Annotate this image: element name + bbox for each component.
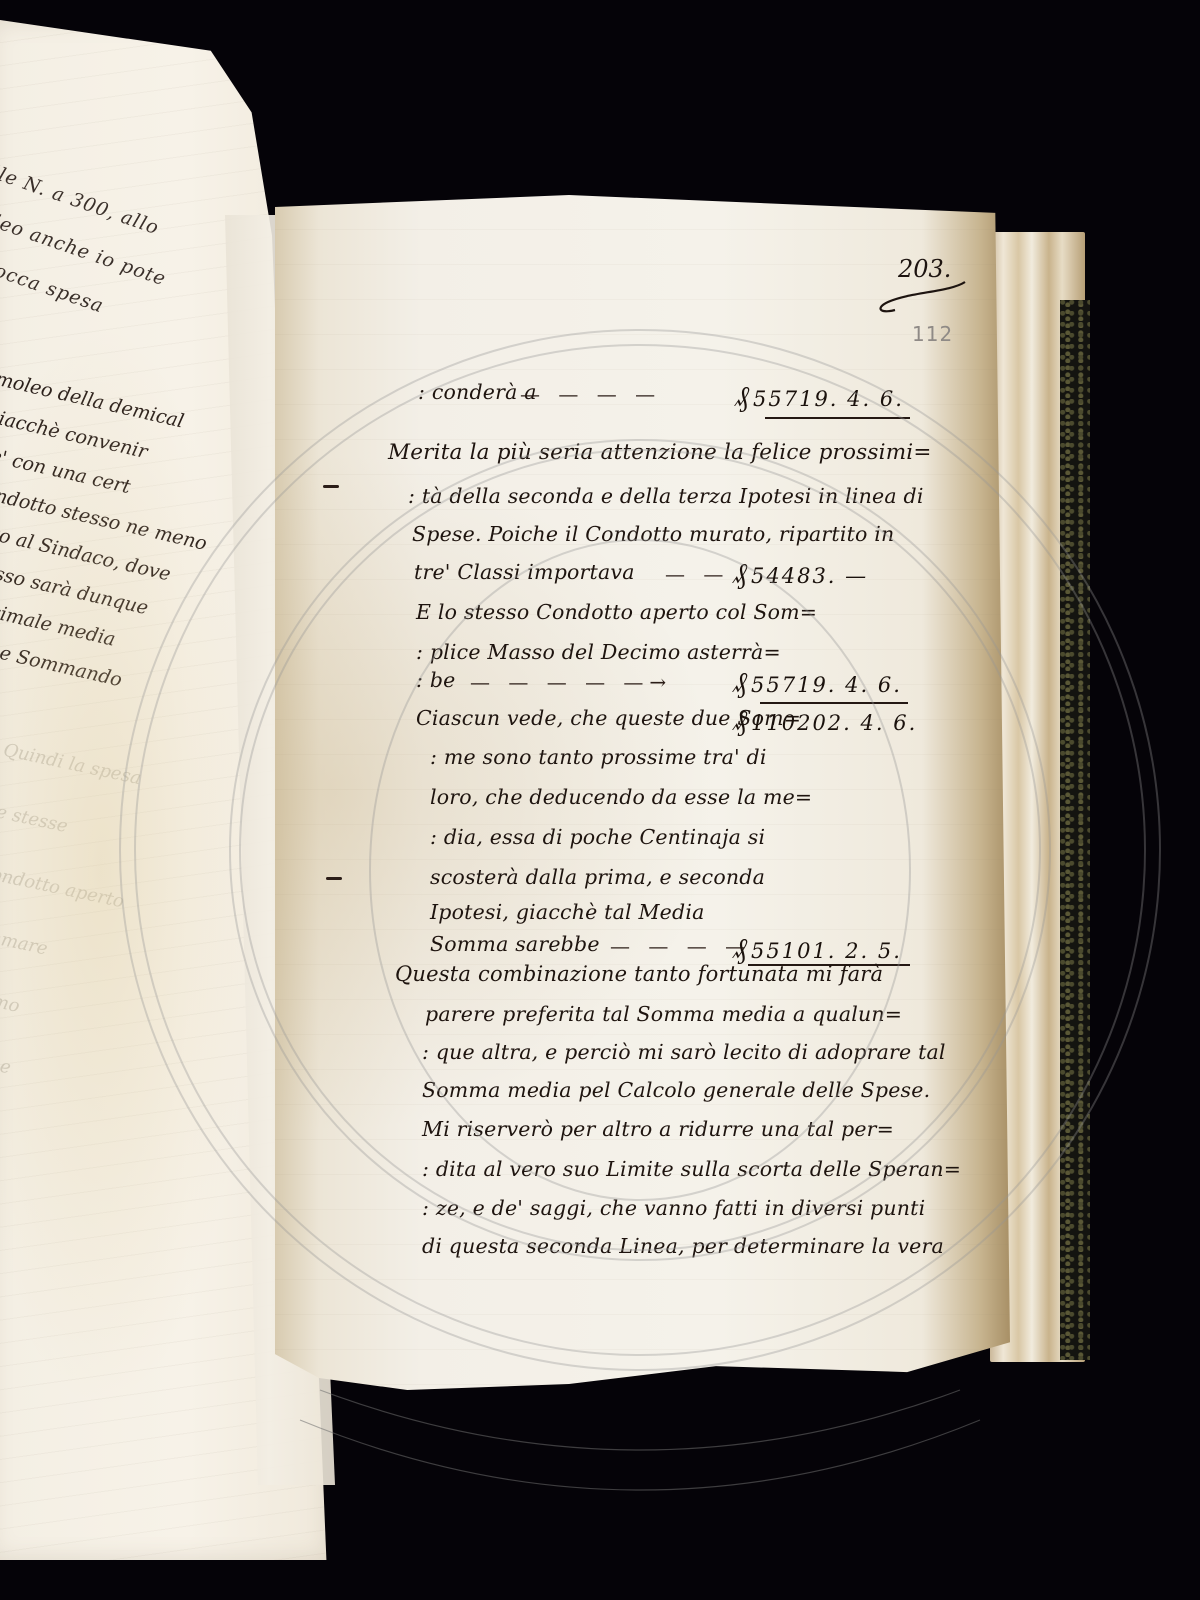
recto-line: scosterà dalla prima, e seconda (430, 865, 765, 889)
recto-line: Ipotesi, giacchè tal Media (430, 900, 705, 924)
leader-dashes: — — — — (520, 382, 661, 406)
leader-dashes: — — — — —→ (470, 670, 672, 694)
marbled-cover (1060, 300, 1090, 1360)
amount: ₰54483. — (733, 557, 868, 591)
recto-line: Spese. Poiche il Condotto murato, ripart… (412, 522, 894, 546)
recto-line: : ze, e de' saggi, che vanno fatti in di… (422, 1196, 925, 1220)
amount: ₰55719. 4. 6. (733, 666, 902, 700)
recto-line: : conderà a (418, 380, 537, 404)
currency-symbol-icon: ₰ (733, 557, 749, 590)
amount-value: 55719. 4. 6. (751, 673, 902, 697)
leader-dashes: — — — — (610, 934, 751, 958)
amount-value: 54483. — (751, 564, 868, 588)
currency-symbol-icon: ₰ (733, 666, 749, 699)
recto-line: : dita al vero suo Limite sulla scorta d… (422, 1157, 961, 1181)
recto-line: loro, che deducendo da esse la me= (430, 785, 812, 809)
margin-mark (323, 485, 339, 488)
pencil-folio-number: 112 (912, 322, 953, 346)
margin-mark (326, 877, 342, 880)
recto-line: Questa combinazione tanto fortunata mi f… (395, 962, 883, 986)
recto-line: : be (416, 668, 455, 692)
currency-symbol-icon: ₰ (735, 380, 751, 413)
recto-line: : plice Masso del Decimo asterrà= (416, 640, 781, 664)
currency-symbol-icon: ₰ (733, 932, 749, 965)
leader-dashes: — — (665, 562, 729, 586)
amount: ₰55101. 2. 5. (733, 932, 902, 966)
recto-line: E lo stesso Condotto aperto col Som= (416, 600, 817, 624)
amount-value: 55101. 2. 5. (751, 939, 902, 963)
recto-line: Somma sarebbe (430, 932, 600, 956)
amount: ₰55719. 4. 6. (735, 380, 904, 414)
recto-line: : tà della seconda e della terza Ipotesi… (408, 484, 924, 508)
recto-line: : que altra, e perciò mi sarò lecito di … (422, 1040, 946, 1064)
amount-total: ₰110202. 4. 6. (733, 704, 917, 738)
verso-handwriting-lower: moleo della demical giacchè convenir ne'… (0, 360, 253, 715)
recto-line: : dia, essa di poche Centinaja si (430, 825, 765, 849)
sum-rule (765, 417, 910, 419)
currency-symbol-icon: ₰ (733, 704, 749, 737)
amount-value: 110202. 4. 6. (751, 711, 917, 735)
recto-line: : me sono tanto prossime tra' di (430, 745, 767, 769)
recto-line: Merita la più seria attenzione la felice… (388, 440, 932, 465)
manuscript-photo: lle N. a 300, allo rileo anche io pote l… (0, 0, 1200, 1600)
recto-line: di questa seconda Linea, per determinare… (422, 1234, 944, 1258)
recto-line: parere preferita tal Somma media a qualu… (425, 1002, 902, 1026)
recto-line: Somma media pel Calcolo generale delle S… (422, 1078, 930, 1102)
recto-line: tre' Classi importava (414, 560, 635, 584)
amount-value: 55719. 4. 6. (753, 387, 904, 411)
folio-flourish-icon (870, 270, 970, 320)
recto-line: Mi riserverò per altro a ridurre una tal… (422, 1117, 894, 1141)
